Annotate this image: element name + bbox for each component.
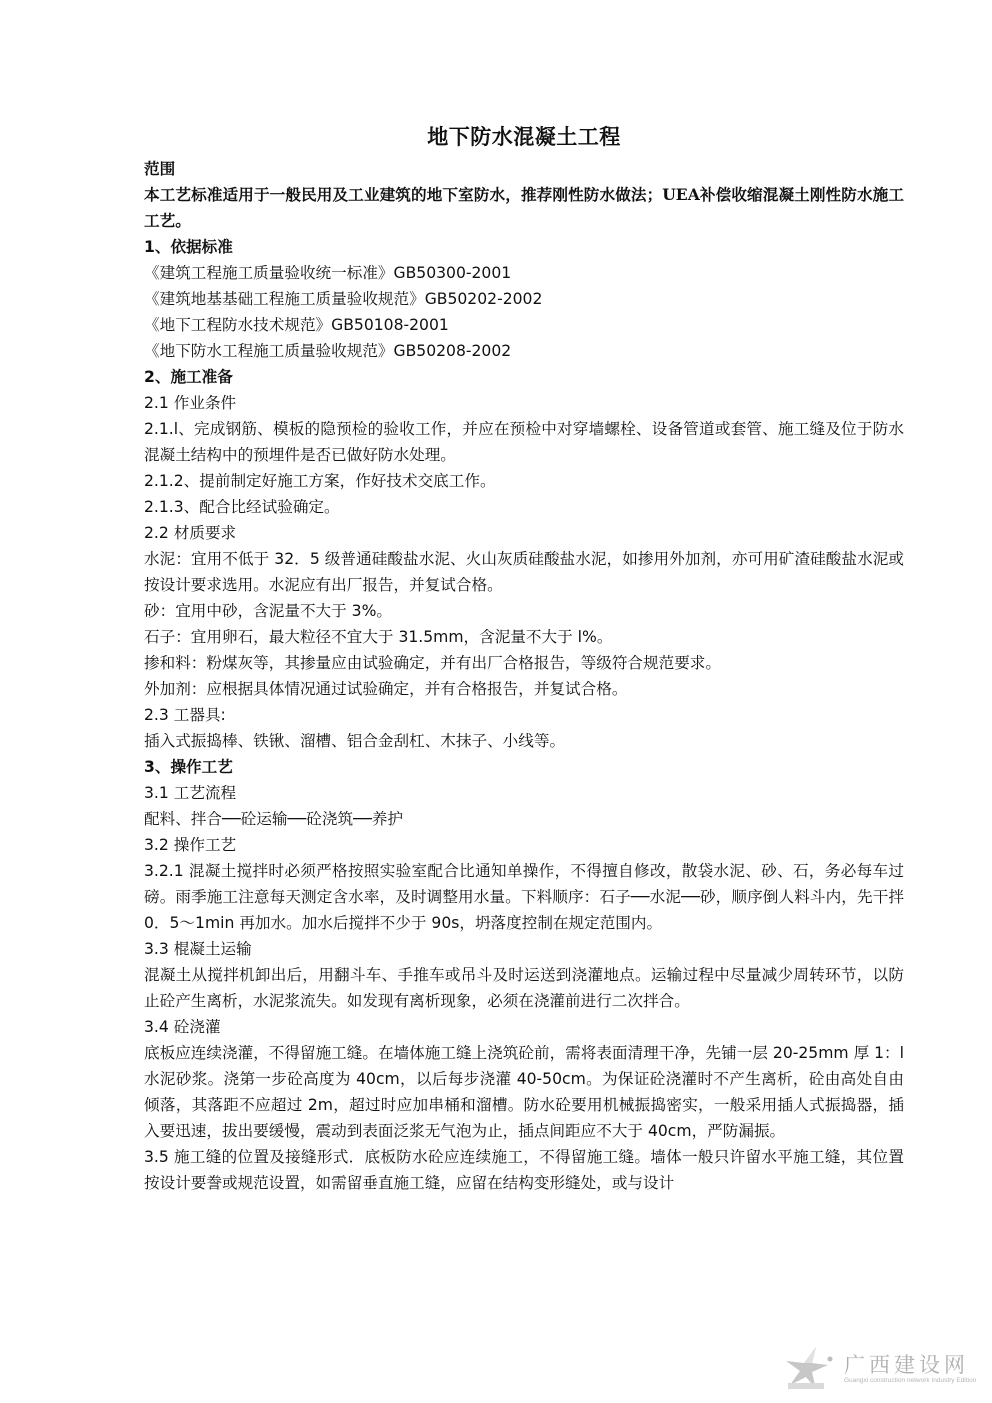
material-item: 外加剂：应根据具体情况通过试验确定，并有合格报告，并复试合格。 <box>144 676 904 702</box>
material-item: 石子：宜用卵石，最大粒径不宜大于 31.5mm，含泥量不大于 l%。 <box>144 624 904 650</box>
watermark-site-subtitle: Guangxi construction network Industry Ed… <box>844 1377 976 1384</box>
scope-text-latin: UEA <box>662 185 700 204</box>
document-title: 地下防水混凝土工程 <box>144 122 904 152</box>
scope-text: 本工艺标准适用于一般民用及工业建筑的地下室防水，推荐刚性防水做法；UEA补偿收缩… <box>144 182 904 234</box>
standard-item: 《地下防水工程施工质量验收规范》GB50208-2002 <box>144 338 904 364</box>
subsection-2-1-heading: 2.1 作业条件 <box>144 390 904 416</box>
standard-item: 《地下工程防水技术规范》GB50108-2001 <box>144 312 904 338</box>
material-item: 砂：宜用中砂，含泥量不大于 3%。 <box>144 598 904 624</box>
tools-item: 插入式振捣棒、铁锹、溜槽、铝合金刮杠、木抹子、小线等。 <box>144 728 904 754</box>
condition-item: 2.1.3、配合比经试验确定。 <box>144 494 904 520</box>
subsection-3-3-heading: 3.3 棍凝土运输 <box>144 936 904 962</box>
subsection-3-4-heading: 3.4 砼浇灌 <box>144 1014 904 1040</box>
standard-item: 《建筑地基基础工程施工质量验收规范》GB50202-2002 <box>144 286 904 312</box>
star-logo-icon <box>782 1345 836 1393</box>
scope-text-before: 本工艺标准适用于一般民用及工业建筑的地下室防水，推荐刚性防水做法； <box>144 186 662 204</box>
pouring-text: 底板应连续浇灌，不得留施工缝。在墙体施工缝上浇筑砼前，需将表面清理干净，先铺一层… <box>144 1040 904 1144</box>
scope-heading: 范围 <box>144 156 904 182</box>
process-flow-text: 配料、拌合──砼运输──砼浇筑──养护 <box>144 806 904 832</box>
material-item: 掺和料：粉煤灰等，其掺量应由试验确定，并有出厂合格报告，等级符合规范要求。 <box>144 650 904 676</box>
material-item: 水泥：宜用不低于 32．5 级普通硅酸盐水泥、火山灰质硅酸盐水泥，如掺用外加剂，… <box>144 546 904 598</box>
subsection-2-2-heading: 2.2 材质要求 <box>144 520 904 546</box>
section-2-heading: 2、施工准备 <box>144 364 904 390</box>
watermark-logo: 广西建设网 Guangxi construction network Indus… <box>782 1345 987 1395</box>
condition-item: 2.1.l、完成钢筋、模板的隐预检的验收工作，并应在预检中对穿墙螺栓、设备管道或… <box>144 416 904 468</box>
standard-item: 《建筑工程施工质量验收统一标准》GB50300-2001 <box>144 260 904 286</box>
transport-text: 混凝土从搅拌机卸出后，用翻斗车、手推车或吊斗及时运送到浇灌地点。运输过程中尽量减… <box>144 962 904 1014</box>
watermark-site-name: 广西建设网 <box>844 1349 969 1379</box>
subsection-2-3-heading: 2.3 工器具: <box>144 702 904 728</box>
construction-joint-text: 3.5 施工缝的位置及接缝形式．底板防水砼应连续施工，不得留施工缝。墙体一般只许… <box>144 1144 904 1196</box>
operation-text: 3.2.1 混凝土搅拌时必须严格按照实验室配合比通知单操作，不得擅自修改，散袋水… <box>144 858 904 936</box>
section-3-heading: 3、操作工艺 <box>144 754 904 780</box>
document-page: 地下防水混凝土工程 范围 本工艺标准适用于一般民用及工业建筑的地下室防水，推荐刚… <box>144 122 904 1196</box>
subsection-3-2-heading: 3.2 操作工艺 <box>144 832 904 858</box>
condition-item: 2.1.2、提前制定好施工方案，作好技术交底工作。 <box>144 468 904 494</box>
section-1-heading: 1、依据标准 <box>144 234 904 260</box>
subsection-3-1-heading: 3.1 工艺流程 <box>144 780 904 806</box>
